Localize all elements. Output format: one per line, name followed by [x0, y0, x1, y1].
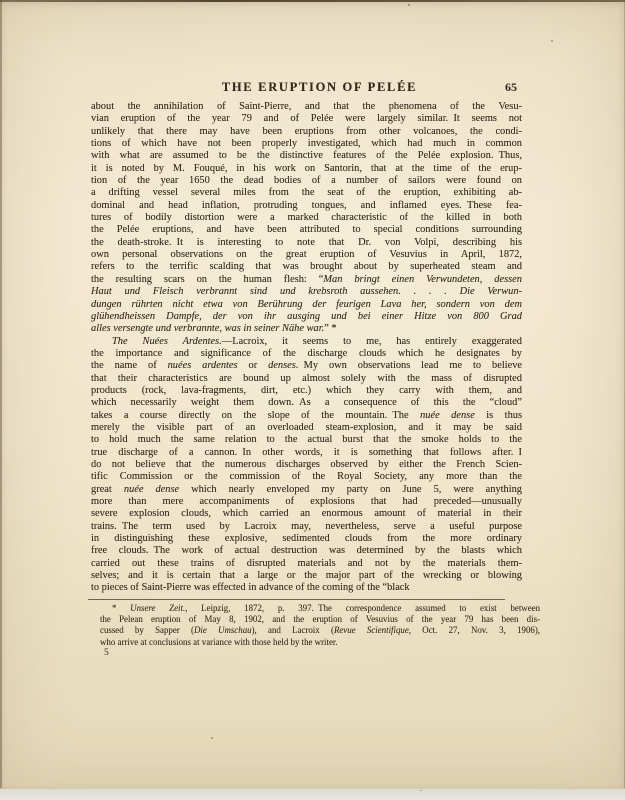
- italic-text: alles versengte und verbrannte, was in s…: [91, 323, 324, 334]
- text-line: more than mere accompaniments of explosi…: [91, 496, 522, 508]
- text-line: refers to the terrific scalding that was…: [91, 261, 522, 273]
- page-number: 65: [505, 80, 517, 95]
- text-line: the importance and significance of the d…: [91, 348, 522, 360]
- italic-text: The Nuées Ardentes.: [112, 336, 222, 347]
- scanner-bed-strip: [0, 789, 625, 800]
- text-line: tion of the year 1650 the dead bodies of…: [91, 175, 522, 187]
- text-line: merely the visible part of an overloaded…: [91, 422, 522, 434]
- text-line: which necessarily weight them down. As a…: [91, 397, 522, 409]
- text-line: do not believe that the numerous dischar…: [91, 459, 522, 471]
- text-line: free clouds. The work of actual destruct…: [91, 545, 522, 557]
- text-line: own personal observations on the great e…: [91, 249, 522, 261]
- page-title: THE ERUPTION OF PELÉE: [222, 80, 417, 95]
- text-line: trains. The term used by Lacroix may, ne…: [91, 521, 522, 533]
- text-line: tions of which have not been properly in…: [91, 138, 522, 150]
- italic-text: Unsere Zeit.: [130, 603, 185, 613]
- text-line: dominal and head inflation, protruding t…: [91, 200, 522, 212]
- text-line: with what are assumed to be the distinct…: [91, 150, 522, 162]
- text-line: takes a course directly on the slope of …: [91, 410, 522, 422]
- text-line: The Nuées Ardentes.—Lacroix, it seems to…: [91, 336, 522, 348]
- text-line: vian eruption of the year 79 and of Pelé…: [91, 113, 522, 125]
- text-line: the death-stroke. It is interesting to n…: [91, 237, 522, 249]
- scan-speck: [420, 790, 422, 791]
- text-line: to pieces of Saint-Pierre was effected i…: [91, 582, 522, 594]
- text-line: the name of nuées ardentes or denses. My…: [91, 360, 522, 372]
- footnote-divider: [88, 599, 505, 600]
- text-line: the resulting scars on the human flesh: …: [91, 274, 522, 286]
- text-line: unlikely that there may have been erupti…: [91, 126, 522, 138]
- signature-mark: 5: [104, 648, 109, 658]
- text-line: cussed by Sapper (Die Umschau), and Lacr…: [100, 625, 540, 636]
- text-line: * Unsere Zeit., Leipzig, 1872, p. 397. T…: [100, 603, 540, 614]
- text-line: tures of bodily distortion were a marked…: [91, 212, 522, 224]
- scan-speck: [551, 40, 553, 42]
- italic-text: Haut und Fleisch verbrannt sind und kreb…: [91, 286, 522, 297]
- text-line: alles versengte und verbrannte, was in s…: [91, 323, 522, 335]
- text-line: Haut und Fleisch verbrannt sind und kreb…: [91, 286, 522, 298]
- text-line: to hold much the same relation to the ac…: [91, 434, 522, 446]
- scan-edge-top: [0, 0, 625, 2]
- text-line: glühendheissen Dampfe, der von ihr ausgi…: [91, 311, 522, 323]
- scan-speck: [408, 4, 410, 6]
- text-line: the Pelée eruptions, and have been attri…: [91, 224, 522, 236]
- italic-text: glühendheissen Dampfe, der von ihr ausgi…: [91, 311, 522, 322]
- italic-text: nuées ardentes: [168, 360, 238, 371]
- text-line: a drifting vessel several miles from the…: [91, 187, 522, 199]
- body-text-block: about the annihilation of Saint-Pierre, …: [91, 101, 522, 595]
- italic-text: dungen rührten nicht etwa von Berührung …: [91, 299, 522, 310]
- italic-text: nuée dense: [124, 484, 179, 495]
- italic-text: Die Umschau: [194, 625, 252, 635]
- scan-edge-left: [0, 0, 2, 788]
- italic-text: Man bringt einen Verwundeten, dessen: [323, 274, 522, 285]
- text-line: that their characteristics are bound up …: [91, 373, 522, 385]
- scanned-book-page: THE ERUPTION OF PELÉE 65 about the annih…: [0, 0, 625, 800]
- italic-text: denses: [268, 360, 296, 371]
- text-line: who arrive at conclusions at variance wi…: [100, 637, 540, 648]
- text-line: selves; and it is certain that a large o…: [91, 570, 522, 582]
- footnote-block: * Unsere Zeit., Leipzig, 1872, p. 397. T…: [100, 603, 540, 648]
- text-line: dungen rührten nicht etwa von Berührung …: [91, 299, 522, 311]
- text-line: it is noted by M. Fouqué, in his work on…: [91, 163, 522, 175]
- italic-text: nuée dense: [420, 410, 475, 421]
- running-header: THE ERUPTION OF PELÉE 65: [91, 80, 522, 95]
- text-line: tific Commission or the commission of th…: [91, 471, 522, 483]
- text-line: in distinguishing these explosive, sedim…: [91, 533, 522, 545]
- text-line: great nuée dense which nearly enveloped …: [91, 484, 522, 496]
- scan-speck: [211, 737, 213, 739]
- text-line: carried out these trains of disrupted ma…: [91, 558, 522, 570]
- text-line: severe explosion clouds, which carried a…: [91, 508, 522, 520]
- italic-text: Revue Scientifique: [334, 625, 409, 635]
- text-line: true discharge of a cannon. In other wor…: [91, 447, 522, 459]
- text-line: the Pelean eruption of May 8, 1902, and …: [100, 614, 540, 625]
- text-line: products (rock, lava-fragments, dirt, et…: [91, 385, 522, 397]
- text-line: about the annihilation of Saint-Pierre, …: [91, 101, 522, 113]
